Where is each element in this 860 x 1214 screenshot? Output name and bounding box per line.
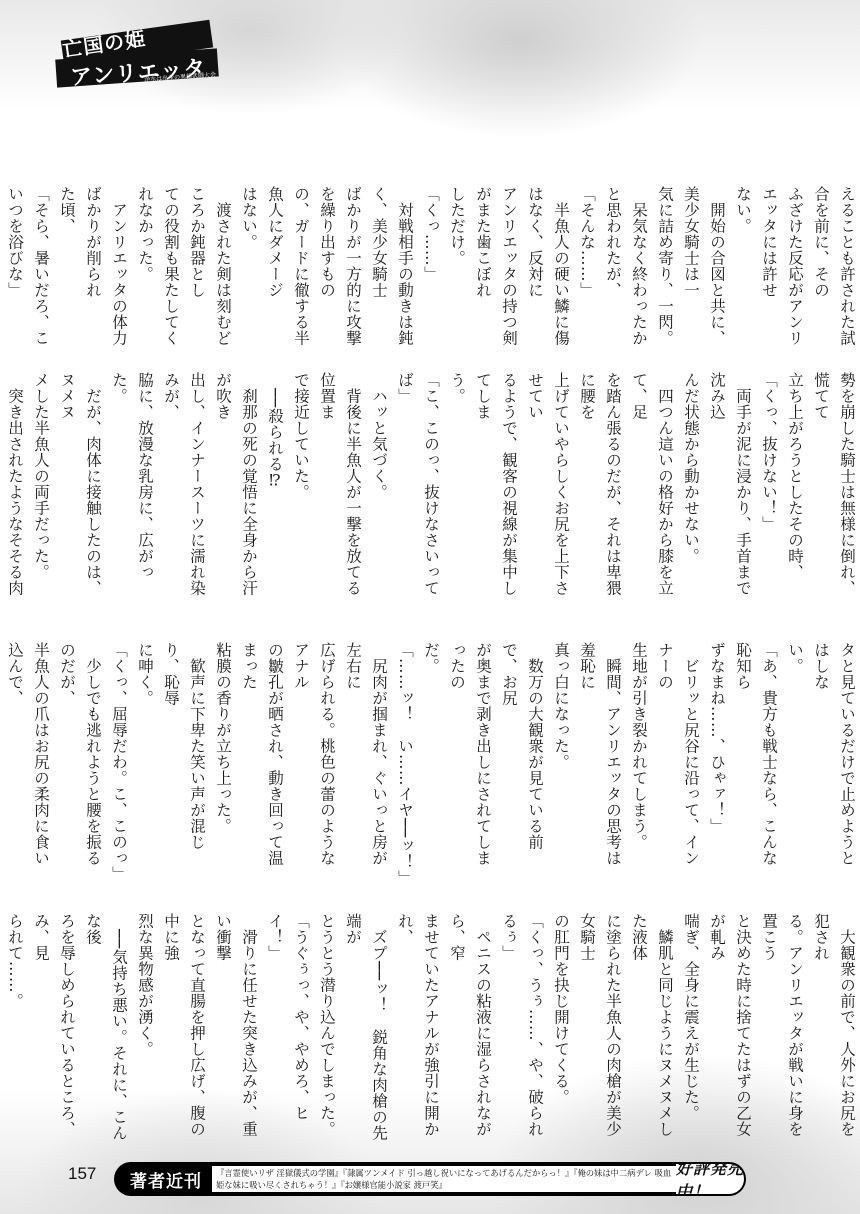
text-line: の皺孔が晒され、動き回って温まった — [236, 642, 288, 880]
promo-onsale-badge: 好評発売中！ — [676, 1164, 744, 1194]
text-line: 「くっ、屈辱だわ。こ、このっ」 — [106, 642, 132, 880]
text-line: ──気持ち悪い。それに、こんな後 — [80, 913, 132, 1145]
text-line: んだ状態から動かせない。 — [678, 372, 704, 610]
text-line: 「あ、貴方も戦士なら、こんな恥知ら — [730, 642, 782, 880]
text-line: 喘ぎ、全身に震えが生じた。 — [678, 913, 704, 1145]
text-line: う。 — [444, 372, 470, 610]
text-line: ふざけた反応がアンリエッタには許せ — [756, 186, 808, 354]
text-line: た頃、 — [54, 186, 80, 354]
text-line: タと見ているだけで止めようとはしな — [808, 642, 860, 880]
text-line: 気に詰め寄り、一閃。 — [652, 186, 678, 354]
text-line: 出し、インナースーツに濡れ染みが、 — [158, 372, 210, 610]
text-line: 突き出されたようなそそる肉づきの — [0, 372, 28, 610]
text-line: 「……ッ！ い……イヤ──ッ！」 — [392, 642, 418, 880]
text-line: 「うぐぅっ、や、やめろ、ヒイ！」 — [262, 913, 314, 1145]
text-line: ずなまね……、ひゃァ！」 — [704, 642, 730, 880]
text-line: で接近していた。 — [288, 372, 314, 610]
text-line: メした半魚人の両手だった。 — [28, 372, 54, 610]
page-number: 157 — [68, 1164, 96, 1184]
series-logo: 亡国の姫 アンリエッタ 浄水は出産の異種武闘大会 — [52, 22, 232, 92]
text-line: 半魚人の爪はお尻の柔肉に食い込んで、 — [2, 642, 54, 880]
text-line: 「そら、暑いだろ、こいつを浴びな」 — [2, 186, 54, 354]
text-line: パシャッ……。周りに集まった大会 — [0, 186, 2, 354]
text-line: 滑りに任せた突き込みが、重い衝撃 — [210, 913, 262, 1145]
text-line: られて……。 — [2, 913, 28, 1145]
text-line: ませていたアナルが強引に開かれ、 — [392, 913, 444, 1145]
text-line: 対戦相手の動きは鈍く、美少女騎士 — [366, 186, 418, 354]
text-line: 真っ白になった。 — [548, 642, 574, 880]
promo-label: 著者近刊 — [114, 1167, 212, 1192]
text-row-3: タと見ているだけで止めようとはしない。「あ、貴方も戦士なら、こんな恥知らずなまね… — [52, 642, 860, 880]
text-line: に塗られた半魚人の肉槍が美少女騎士 — [574, 913, 626, 1145]
text-line: 数万の大観衆が見ている前で、お尻 — [496, 642, 548, 880]
text-line: 意外な程の力強さに固定されてしまう。 — [0, 642, 2, 880]
text-line: 「くっ、うぅ……、や、破られるぅ」 — [496, 913, 548, 1145]
text-line: 生地が引き裂かれてしまう。 — [626, 642, 652, 880]
text-line: 広げられる。桃色の蕾のようなアナル — [288, 642, 340, 880]
text-line: の、ガードに徹する半魚人にダメージ — [262, 186, 314, 354]
text-line: 開始の合図と共に、美少女騎士は一 — [678, 186, 730, 354]
text-line: 烈な異物感が湧く。 — [132, 913, 158, 1145]
text-line: 脇に、放漫な乳房に、広がった。 — [106, 372, 158, 610]
text-line: が奥まで剥き出しにされてしまったの — [444, 642, 496, 880]
text-line: 立ち上がろうとしたその時、 — [782, 372, 808, 610]
text-line: アンリエッタの持つ剣がまた歯こぼれ — [470, 186, 522, 354]
text-line: の肛門を抉じ開けてくる。 — [548, 913, 574, 1145]
text-line: 「くっ、抜けない！」 — [756, 372, 782, 610]
text-line: 刹那の死の覚悟に全身から汗が吹き — [210, 372, 262, 610]
text-row-1: えることも許された試合を前に、そのふざけた反応がアンリエッタには許せない。 開始… — [52, 186, 860, 354]
text-line: ハッと気づく。 — [366, 372, 392, 610]
text-line: ばかりが一方的に攻撃を繰り出すもの — [314, 186, 366, 354]
text-line: ズプ──ッ！ 鋭角な肉槍の先端が — [340, 913, 392, 1145]
text-line: ビリッと尻谷に沿って、インナーの — [652, 642, 704, 880]
text-line: となって直腸を押し広げ、腹の中に強 — [158, 913, 210, 1145]
text-line: はない。 — [236, 186, 262, 354]
text-line: とうとう潜り込んでしまった。 — [314, 913, 340, 1145]
text-line: を踏ん張るのだが、それは卑猥に腰を — [574, 372, 626, 610]
text-line: 「そんな……」 — [574, 186, 600, 354]
page-footer: 157 著者近刊 『言霊使いリザ 淫獄儀式の学園』『隷属ツンメイド 引っ越し祝い… — [48, 1160, 860, 1200]
author-promo-banner: 著者近刊 『言霊使いリザ 淫獄儀式の学園』『隷属ツンメイド 引っ越し祝いになって… — [114, 1162, 746, 1196]
text-line: 半魚人の硬い鱗に傷はなく、反対に — [522, 186, 574, 354]
text-line: えることも許された試合を前に、その — [808, 186, 860, 354]
text-line: ない。 — [730, 186, 756, 354]
text-line: 「こ、このっ、抜けなさいってば」 — [392, 372, 444, 610]
text-line: しただけ。 — [444, 186, 470, 354]
text-line: アンリエッタの体力ばかりが削られ — [80, 186, 132, 354]
text-line: 少しでも逃れようと腰を振るのだが、 — [54, 642, 106, 880]
text-line: い。 — [782, 642, 808, 880]
text-line: るようで、観客の視線が集中してしま — [470, 372, 522, 610]
text-line: 四つん這いの格好から膝を立て、足 — [626, 372, 678, 610]
text-line: だ。 — [418, 642, 444, 880]
text-row-2: 勢を崩した騎士は無様に倒れ、慌てて立ち上がろうとしたその時、「くっ、抜けない！」… — [52, 372, 860, 610]
text-line: る。アンリエッタが戦いに身を置こう — [756, 913, 808, 1145]
text-line: と決めた時に捨てたはずの乙女が軋み — [704, 913, 756, 1145]
text-line: ──殺られる⁉ — [262, 372, 288, 610]
text-line: 上げていやらしくお尻を上下させてい — [522, 372, 574, 610]
text-row-4: 大観衆の前で、人外にお尻を犯される。アンリエッタが戦いに身を置こうと決めた時に捨… — [52, 913, 860, 1145]
text-line: 鱗肌と同じようにヌメヌメした液体 — [626, 913, 678, 1145]
text-line: 瞬間、アンリエッタの思考は羞恥に — [574, 642, 626, 880]
text-line: 尻肉が掴まれ、ぐいっと房が左右に — [340, 642, 392, 880]
text-line: 肉槍の鰓張ったカリ首が腸壁を抉り、 — [0, 913, 2, 1145]
text-line: 粘膜の香りが立ち上った。 — [210, 642, 236, 880]
text-line: 勢を崩した騎士は無様に倒れ、慌てて — [808, 372, 860, 610]
text-line: 渡された剣は刻むどころか鈍器とし — [184, 186, 236, 354]
text-line: 大観衆の前で、人外にお尻を犯され — [808, 913, 860, 1145]
text-line: 背後に半魚人が一撃を放てる位置ま — [314, 372, 366, 610]
promo-titles: 『言霊使いリザ 淫獄儀式の学園』『隷属ツンメイド 引っ越し祝いになってあげるんだ… — [212, 1166, 676, 1192]
text-line: 「くっ……」 — [418, 186, 444, 354]
text-line: ろを辱しめられているところ、み、見 — [28, 913, 80, 1145]
text-line: だが、肉体に接触したのは、ヌメヌ — [54, 372, 106, 610]
text-line: 歓声に下卑た笑い声が混じり、恥辱 — [158, 642, 210, 880]
text-line: ペニスの粘液に湿らされながら、窄 — [444, 913, 496, 1145]
text-line: 両手が泥に浸かり、手首まで沈み込 — [704, 372, 756, 610]
text-line: ての役割も果たしてくれなかった。 — [132, 186, 184, 354]
text-line: 呆気なく終わったかと思われたが、 — [600, 186, 652, 354]
text-line: に呻く。 — [132, 642, 158, 880]
